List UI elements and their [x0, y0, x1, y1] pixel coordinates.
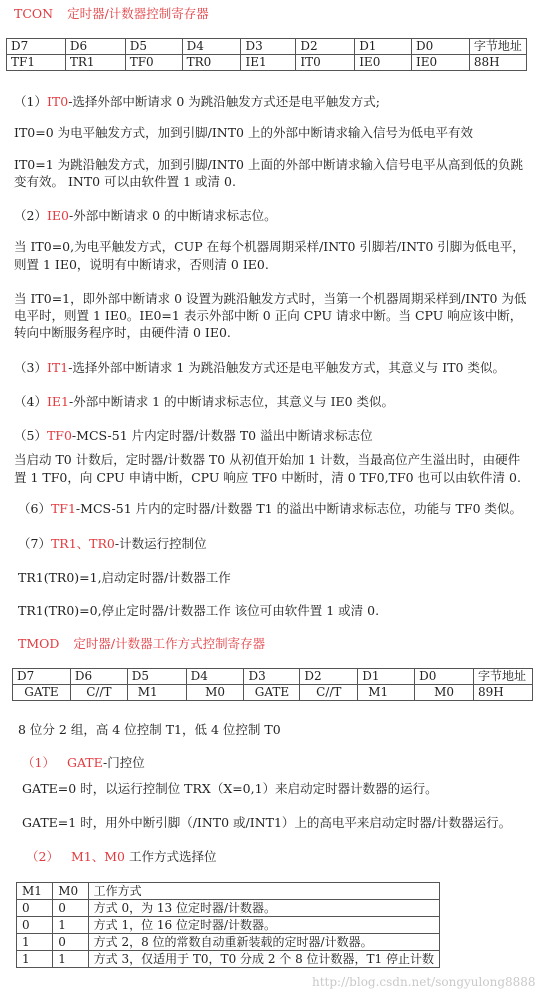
table-row: GATE C//T M1 M0 GATE C//T M1 M0 89H — [13, 685, 533, 701]
item-number: （2） — [14, 208, 47, 223]
table-cell: M0 — [415, 685, 474, 701]
item-it1-heading: （3）IT1-选择外部中断请求 1 为跳沿触发方式还是电平触发方式，其意义与 I… — [14, 360, 505, 376]
item-desc: -MCS-51 片内定时器/计数器 T0 溢出中断请求标志位 — [72, 428, 373, 443]
table-cell: IE0 — [355, 55, 412, 71]
table-row: TF1 TR1 TF0 TR0 IE1 IT0 IE0 IE0 88H — [7, 55, 527, 71]
table-cell: GATE — [13, 685, 71, 701]
table-cell: D6 — [70, 669, 127, 685]
paragraph-tr-1: TR1(TR0)=1,启动定时器/计数器工作 — [18, 570, 231, 586]
table-cell: D0 — [412, 39, 470, 55]
paragraph-tf0: 当启动 T0 计数后，定时器/计数器 T0 从初值开始加 1 计数，当最高位产生… — [14, 451, 529, 487]
table-cell: 88H — [469, 55, 526, 71]
item-number: （5） — [14, 428, 47, 443]
tmod-title-text: 定时器/计数器工作方式控制寄存器 — [73, 636, 265, 651]
item-number: （7） — [18, 536, 51, 551]
item-number: （1） — [14, 94, 47, 109]
table-cell: D5 — [127, 669, 186, 685]
table-cell: D0 — [415, 669, 474, 685]
table-cell: 1 — [17, 951, 53, 968]
item-mode-heading: （2）M1、M0工作方式选择位 — [26, 849, 216, 865]
table-row: 0 1 方式 1，位 16 位定时器/计数器。 — [17, 917, 440, 934]
mode-table: M1 M0 工作方式 0 0 方式 0，为 13 位定时器/计数器。 0 1 方… — [16, 882, 440, 968]
item-number: （1） — [22, 755, 55, 770]
item-desc: -外部中断请求 1 的中断请求标志位，其意义与 IE0 类似。 — [69, 394, 394, 409]
table-cell: D4 — [182, 39, 241, 55]
paragraph-ie0-b: 当 IT0=1，即外部中断请求 0 设置为跳沿触发方式时，当第一个机器周期采样到… — [14, 290, 529, 341]
item-key: GATE — [67, 755, 103, 770]
item-desc: -外部中断请求 0 的中断请求标志位。 — [69, 208, 277, 223]
item-key: TF0 — [47, 428, 72, 443]
paragraph-gate-0: GATE=0 时，以运行控制位 TRX（X=0,1）来启动定时器计数器的运行。 — [22, 781, 438, 797]
item-gate-heading: （1）GATE-门控位 — [22, 755, 145, 771]
tcon-title: TCON 定时器/计数器控制寄存器 — [14, 6, 209, 22]
table-cell: D6 — [65, 39, 125, 55]
item-tf1-heading: （6）TF1-MCS-51 片内的定时器/计数器 T1 的溢出中断请求标志位，功… — [18, 501, 522, 517]
paragraph-ie0-a: 当 IT0=0,为电平触发方式，CUP 在每个机器周期采样/INT0 引脚若/I… — [14, 238, 529, 274]
item-key: TF1 — [51, 501, 76, 516]
table-cell: M1 — [127, 685, 186, 701]
tcon-title-code: TCON — [14, 6, 53, 21]
paragraph-tr-0: TR1(TR0)=0,停止定时器/计数器工作 该位可由软件置 1 或清 0. — [18, 603, 379, 619]
table-cell: 1 — [53, 951, 88, 968]
table-header-row: D7 D6 D5 D4 D3 D2 D1 D0 字节地址 — [13, 669, 533, 685]
item-key: IT1 — [47, 360, 68, 375]
table-cell: D1 — [355, 39, 412, 55]
item-desc: -MCS-51 片内的定时器/计数器 T1 的溢出中断请求标志位，功能与 TF0… — [76, 501, 522, 516]
watermark-url: http://blog.csdn.net/songyulong8888 — [312, 975, 536, 989]
item-key: IT0 — [47, 94, 68, 109]
item-desc: 工作方式选择位 — [129, 849, 217, 864]
table-row: 1 0 方式 2，8 位的常数自动重新装载的定时器/计数器。 — [17, 934, 440, 951]
table-cell: M0 — [186, 685, 244, 701]
item-number: （2） — [26, 849, 59, 864]
tmod-group-note: 8 位分 2 组，高 4 位控制 T1，低 4 位控制 T0 — [18, 722, 281, 738]
table-cell: 方式 0，为 13 位定时器/计数器。 — [88, 900, 439, 917]
table-cell: 工作方式 — [88, 883, 439, 900]
paragraph-gate-1: GATE=1 时，用外中断引脚（/INT0 或/INT1）上的高电平来启动定时器… — [22, 815, 511, 831]
item-ie1-heading: （4）IE1-外部中断请求 1 的中断请求标志位，其意义与 IE0 类似。 — [14, 394, 394, 410]
table-cell: D3 — [241, 39, 296, 55]
item-desc: -选择外部中断请求 0 为跳沿触发方式还是电平触发方式; — [68, 94, 380, 109]
table-cell: TF1 — [7, 55, 66, 71]
item-number: （4） — [14, 394, 47, 409]
item-key: M1、M0 — [71, 849, 125, 864]
item-number: （3） — [14, 360, 47, 375]
tcon-register-table: D7 D6 D5 D4 D3 D2 D1 D0 字节地址 TF1 TR1 TF0… — [6, 38, 527, 71]
item-it0-heading: （1）IT0-选择外部中断请求 0 为跳沿触发方式还是电平触发方式; — [14, 94, 380, 110]
table-cell: 1 — [53, 917, 88, 934]
table-cell: C//T — [300, 685, 358, 701]
table-cell: TR0 — [182, 55, 241, 71]
item-tf0-heading: （5）TF0-MCS-51 片内定时器/计数器 T0 溢出中断请求标志位 — [14, 428, 373, 444]
item-ie0-heading: （2）IE0-外部中断请求 0 的中断请求标志位。 — [14, 208, 277, 224]
table-cell: TR1 — [65, 55, 125, 71]
table-cell: TF0 — [125, 55, 182, 71]
table-cell: D2 — [300, 669, 358, 685]
item-number: （6） — [18, 501, 51, 516]
table-cell: 方式 3，仅适用于 T0，T0 分成 2 个 8 位计数器，T1 停止计数 — [88, 951, 439, 968]
table-cell: C//T — [70, 685, 127, 701]
table-cell: D2 — [296, 39, 355, 55]
table-cell: D7 — [13, 669, 71, 685]
table-cell: D7 — [7, 39, 66, 55]
table-cell: 89H — [473, 685, 532, 701]
table-cell: IT0 — [296, 55, 355, 71]
table-cell: M0 — [53, 883, 88, 900]
table-cell: 方式 1，位 16 位定时器/计数器。 — [88, 917, 439, 934]
table-cell: D3 — [244, 669, 300, 685]
table-cell: 0 — [17, 917, 53, 934]
table-cell: 字节地址 — [473, 669, 532, 685]
table-header-row: M1 M0 工作方式 — [17, 883, 440, 900]
table-cell: IE1 — [241, 55, 296, 71]
table-cell: M1 — [358, 685, 415, 701]
tcon-title-text: 定时器/计数器控制寄存器 — [67, 6, 209, 21]
item-desc: -门控位 — [103, 755, 145, 770]
item-desc: -选择外部中断请求 1 为跳沿触发方式还是电平触发方式，其意义与 IT0 类似。 — [68, 360, 505, 375]
tmod-register-table: D7 D6 D5 D4 D3 D2 D1 D0 字节地址 GATE C//T M… — [12, 668, 533, 701]
item-desc: -计数运行控制位 — [115, 536, 207, 551]
tmod-title-code: TMOD — [18, 636, 59, 651]
table-cell: D1 — [358, 669, 415, 685]
table-cell: 方式 2，8 位的常数自动重新装载的定时器/计数器。 — [88, 934, 439, 951]
table-cell: D4 — [186, 669, 244, 685]
paragraph-it0-0: IT0=0 为电平触发方式，加到引脚/INT0 上的外部中断请求输入信号为低电平… — [14, 122, 529, 144]
table-cell: 0 — [53, 900, 88, 917]
tmod-title: TMOD 定时器/计数器工作方式控制寄存器 — [18, 636, 265, 652]
table-cell: IE0 — [412, 55, 470, 71]
paragraph-it0-1: IT0=1 为跳沿触发方式，加到引脚/INT0 上面的外部中断请求输入信号电平从… — [14, 156, 529, 190]
table-row: 1 1 方式 3，仅适用于 T0，T0 分成 2 个 8 位计数器，T1 停止计… — [17, 951, 440, 968]
item-key: IE1 — [47, 394, 69, 409]
table-cell: 0 — [17, 900, 53, 917]
item-key: TR1、TR0 — [51, 536, 115, 551]
table-cell: M1 — [17, 883, 53, 900]
table-cell: 1 — [17, 934, 53, 951]
item-key: IE0 — [47, 208, 69, 223]
table-row: 0 0 方式 0，为 13 位定时器/计数器。 — [17, 900, 440, 917]
table-header-row: D7 D6 D5 D4 D3 D2 D1 D0 字节地址 — [7, 39, 527, 55]
table-cell: D5 — [125, 39, 182, 55]
table-cell: GATE — [244, 685, 300, 701]
table-cell: 字节地址 — [469, 39, 526, 55]
item-tr-heading: （7）TR1、TR0-计数运行控制位 — [18, 536, 207, 552]
table-cell: 0 — [53, 934, 88, 951]
